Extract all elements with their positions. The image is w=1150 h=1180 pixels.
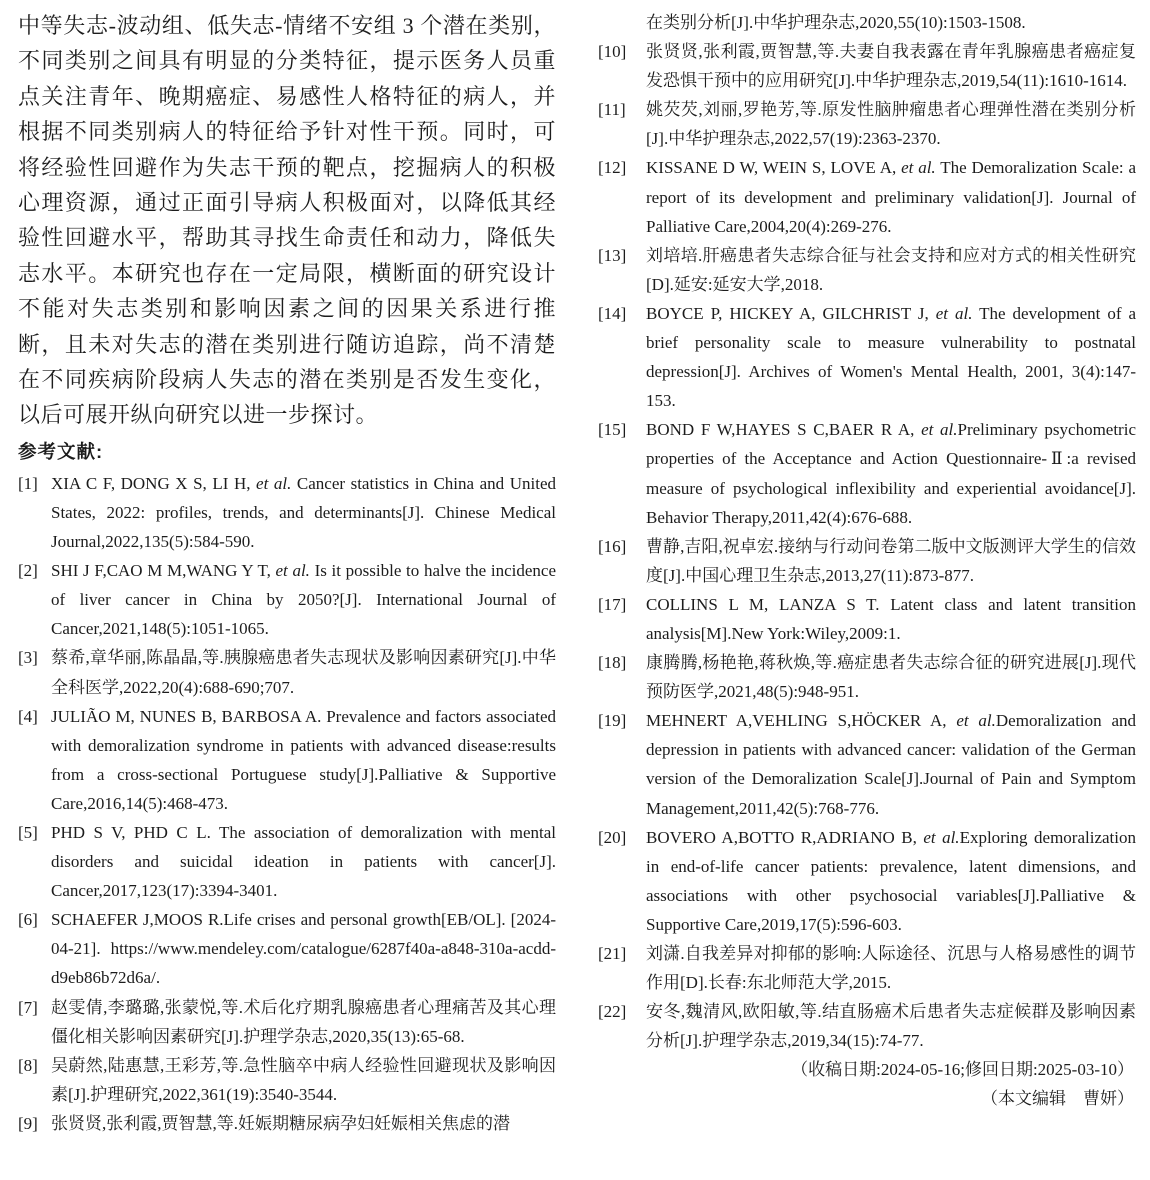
reference-15: [15]BOND F W,HAYES S C,BAER R A, et al.P… — [598, 415, 1136, 531]
reference-text: 张贤贤,张利霞,贾智慧,等.夫妻自我表露在青年乳腺癌患者癌症复发恐惧干预中的应用… — [646, 37, 1136, 95]
reference-text: 刘潇.自我差异对抑郁的影响:人际途径、沉思与人格易感性的调节作用[D].长春:东… — [646, 939, 1136, 997]
reference-20: [20]BOVERO A,BOTTO R,ADRIANO B, et al.Ex… — [598, 823, 1136, 939]
reference-5: [5]PHD S V, PHD C L. The association of … — [18, 818, 556, 905]
reference-text: 赵雯倩,李璐璐,张蒙悦,等.术后化疗期乳腺癌患者心理痛苦及其心理僵化相关影响因素… — [51, 993, 556, 1051]
references-heading: 参考文献: — [18, 438, 556, 464]
reference-text: SHI J F,CAO M M,WANG Y T, et al. Is it p… — [51, 556, 556, 643]
reference-18: [18]康腾腾,杨艳艳,蒋秋焕,等.癌症患者失志综合征的研究进展[J].现代预防… — [598, 648, 1136, 706]
reference-label: [22] — [598, 997, 646, 1055]
reference-label: [3] — [18, 643, 51, 701]
reference-text: BOND F W,HAYES S C,BAER R A, et al.Preli… — [646, 415, 1136, 531]
reference-text: JULIÃO M, NUNES B, BARBOSA A. Prevalence… — [51, 702, 556, 818]
reference-label: [20] — [598, 823, 646, 939]
reference-label: [17] — [598, 590, 646, 648]
reference-label: [14] — [598, 299, 646, 415]
reference-14: [14]BOYCE P, HICKEY A, GILCHRIST J, et a… — [598, 299, 1136, 415]
reference-text: 吴蔚然,陆惠慧,王彩芳,等.急性脑卒中病人经验性回避现状及影响因素[J].护理研… — [51, 1051, 556, 1109]
reference-text: 康腾腾,杨艳艳,蒋秋焕,等.癌症患者失志综合征的研究进展[J].现代预防医学,2… — [646, 648, 1136, 706]
reference-text: 蔡希,章华丽,陈晶晶,等.胰腺癌患者失志现状及影响因素研究[J].中华全科医学,… — [51, 643, 556, 701]
reference-11: [11]姚芡芡,刘丽,罗艳芳,等.原发性脑肿瘤患者心理弹性潜在类别分析[J].中… — [598, 95, 1136, 153]
reference-text: KISSANE D W, WEIN S, LOVE A, et al. The … — [646, 153, 1136, 240]
reference-label: [11] — [598, 95, 646, 153]
reference-label: [18] — [598, 648, 646, 706]
reference-label: [4] — [18, 702, 51, 818]
reference-12: [12]KISSANE D W, WEIN S, LOVE A, et al. … — [598, 153, 1136, 240]
reference-text: 刘培培.肝癌患者失志综合征与社会支持和应对方式的相关性研究[D].延安:延安大学… — [646, 241, 1136, 299]
received-revised-dates: （收稿日期:2024-05-16;修回日期:2025-03-10） — [598, 1055, 1136, 1084]
reference-text: COLLINS L M, LANZA S T. Latent class and… — [646, 590, 1136, 648]
reference-label: [5] — [18, 818, 51, 905]
reference-text: MEHNERT A,VEHLING S,HÖCKER A, et al.Demo… — [646, 706, 1136, 822]
reference-text: 张贤贤,张利霞,贾智慧,等.妊娠期糖尿病孕妇妊娠相关焦虑的潜 — [51, 1109, 556, 1138]
reference-label: [19] — [598, 706, 646, 822]
reference-label: [10] — [598, 37, 646, 95]
reference-label: [2] — [18, 556, 51, 643]
reference-22: [22]安冬,魏清风,欧阳敏,等.结直肠癌术后患者失志症候群及影响因素分析[J]… — [598, 997, 1136, 1055]
reference-13: [13]刘培培.肝癌患者失志综合征与社会支持和应对方式的相关性研究[D].延安:… — [598, 241, 1136, 299]
reference-text: SCHAEFER J,MOOS R.Life crises and person… — [51, 905, 556, 992]
reference-label: [6] — [18, 905, 51, 992]
reference-text: 曹静,吉阳,祝卓宏.接纳与行动问卷第二版中文版测评大学生的信效度[J].中国心理… — [646, 532, 1136, 590]
reference-text: 安冬,魏清风,欧阳敏,等.结直肠癌术后患者失志症候群及影响因素分析[J].护理学… — [646, 997, 1136, 1055]
reference-label: [21] — [598, 939, 646, 997]
reference-21: [21]刘潇.自我差异对抑郁的影响:人际途径、沉思与人格易感性的调节作用[D].… — [598, 939, 1136, 997]
reference-label: [13] — [598, 241, 646, 299]
reference-1: [1]XIA C F, DONG X S, LI H, et al. Cance… — [18, 469, 556, 556]
reference-label: [16] — [598, 532, 646, 590]
reference-text: 姚芡芡,刘丽,罗艳芳,等.原发性脑肿瘤患者心理弹性潜在类别分析[J].中华护理杂… — [646, 95, 1136, 153]
reference-16: [16]曹静,吉阳,祝卓宏.接纳与行动问卷第二版中文版测评大学生的信效度[J].… — [598, 532, 1136, 590]
reference-19: [19]MEHNERT A,VEHLING S,HÖCKER A, et al.… — [598, 706, 1136, 822]
reference-label: [12] — [598, 153, 646, 240]
reference-label: [9] — [18, 1109, 51, 1138]
reference-label: [1] — [18, 469, 51, 556]
reference-3: [3]蔡希,章华丽,陈晶晶,等.胰腺癌患者失志现状及影响因素研究[J].中华全科… — [18, 643, 556, 701]
reference-4: [4]JULIÃO M, NUNES B, BARBOSA A. Prevale… — [18, 702, 556, 818]
reference-9: [9]张贤贤,张利霞,贾智慧,等.妊娠期糖尿病孕妇妊娠相关焦虑的潜 — [18, 1109, 556, 1138]
reference-text: XIA C F, DONG X S, LI H, et al. Cancer s… — [51, 469, 556, 556]
reference-text: PHD S V, PHD C L. The association of dem… — [51, 818, 556, 905]
reference-2: [2]SHI J F,CAO M M,WANG Y T, et al. Is i… — [18, 556, 556, 643]
paper-page: 中等失志-波动组、低失志-情绪不安组 3 个潜在类别，不同类别之间具有明显的分类… — [0, 0, 1150, 1180]
editor-note: （本文编辑 曹妍） — [598, 1084, 1136, 1113]
reference-7: [7]赵雯倩,李璐璐,张蒙悦,等.术后化疗期乳腺癌患者心理痛苦及其心理僵化相关影… — [18, 993, 556, 1051]
reference-9-continuation: 在类别分析[J].中华护理杂志,2020,55(10):1503-1508. — [598, 8, 1136, 37]
closing-paragraph: 中等失志-波动组、低失志-情绪不安组 3 个潜在类别，不同类别之间具有明显的分类… — [18, 8, 556, 433]
reference-label: [7] — [18, 993, 51, 1051]
reference-label: [15] — [598, 415, 646, 531]
reference-label: [8] — [18, 1051, 51, 1109]
reference-8: [8]吴蔚然,陆惠慧,王彩芳,等.急性脑卒中病人经验性回避现状及影响因素[J].… — [18, 1051, 556, 1109]
reference-10: [10]张贤贤,张利霞,贾智慧,等.夫妻自我表露在青年乳腺癌患者癌症复发恐惧干预… — [598, 37, 1136, 95]
reference-text: BOVERO A,BOTTO R,ADRIANO B, et al.Explor… — [646, 823, 1136, 939]
right-column: 在类别分析[J].中华护理杂志,2020,55(10):1503-1508. [… — [598, 8, 1136, 1180]
reference-17: [17]COLLINS L M, LANZA S T. Latent class… — [598, 590, 1136, 648]
left-column: 中等失志-波动组、低失志-情绪不安组 3 个潜在类别，不同类别之间具有明显的分类… — [18, 8, 556, 1180]
reference-6: [6]SCHAEFER J,MOOS R.Life crises and per… — [18, 905, 556, 992]
reference-text: BOYCE P, HICKEY A, GILCHRIST J, et al. T… — [646, 299, 1136, 415]
